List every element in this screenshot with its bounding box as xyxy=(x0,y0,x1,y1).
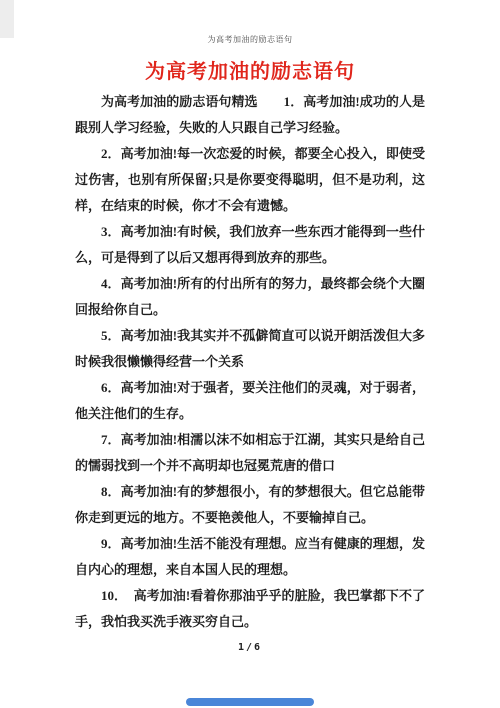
paragraph: 5．高考加油!我其实并不孤僻简直可以说开朗活泼但大多时候我很懒懒得经营一个关系 xyxy=(75,323,425,375)
paragraph: 2．高考加油!每一次恋爱的时候，都要全心投入，即使受过伤害，也别有所保留;只是你… xyxy=(75,141,425,219)
paragraph: 7．高考加油!相濡以沫不如相忘于江湖，其实只是给自己的懦弱找到一个并不高明却也冠… xyxy=(75,427,425,479)
paragraph: 8．高考加油!有的梦想很小，有的梦想很大。但它总能带你走到更远的地方。不要艳羡他… xyxy=(75,479,425,531)
document-page: 为高考加油的励志语句 为高考加油的励志语句 为高考加油的励志语句精选 1．高考加… xyxy=(0,0,500,708)
paragraph: 6．高考加油!对于强者，要关注他们的灵魂，对于弱者，他关注他们的生存。 xyxy=(75,375,425,427)
paragraph: 10． 高考加油!看着你那油乎乎的脏脸，我巴掌都下不了手，我怕我买洗手液买穷自己… xyxy=(75,583,425,635)
document-title: 为高考加油的励志语句 xyxy=(0,55,500,84)
document-body: 为高考加油的励志语句精选 1．高考加油!成功的人是跟别人学习经验，失败的人只跟自… xyxy=(75,89,425,635)
paragraph: 为高考加油的励志语句精选 1．高考加油!成功的人是跟别人学习经验，失败的人只跟自… xyxy=(75,89,425,141)
running-header: 为高考加油的励志语句 xyxy=(0,34,500,45)
scan-corner-artifact xyxy=(0,0,14,38)
paragraph: 9．高考加油!生活不能没有理想。应当有健康的理想，发自内心的理想，来自本国人民的… xyxy=(75,531,425,583)
page-number: 1/6 xyxy=(0,642,500,653)
paragraph: 3．高考加油!有时候，我们放弃一些东西才能得到一些什么，可是得到了以后又想再得到… xyxy=(75,219,425,271)
scroll-indicator-handle[interactable] xyxy=(186,698,314,706)
paragraph: 4．高考加油!所有的付出所有的努力，最终都会绕个大圈回报给你自己。 xyxy=(75,271,425,323)
